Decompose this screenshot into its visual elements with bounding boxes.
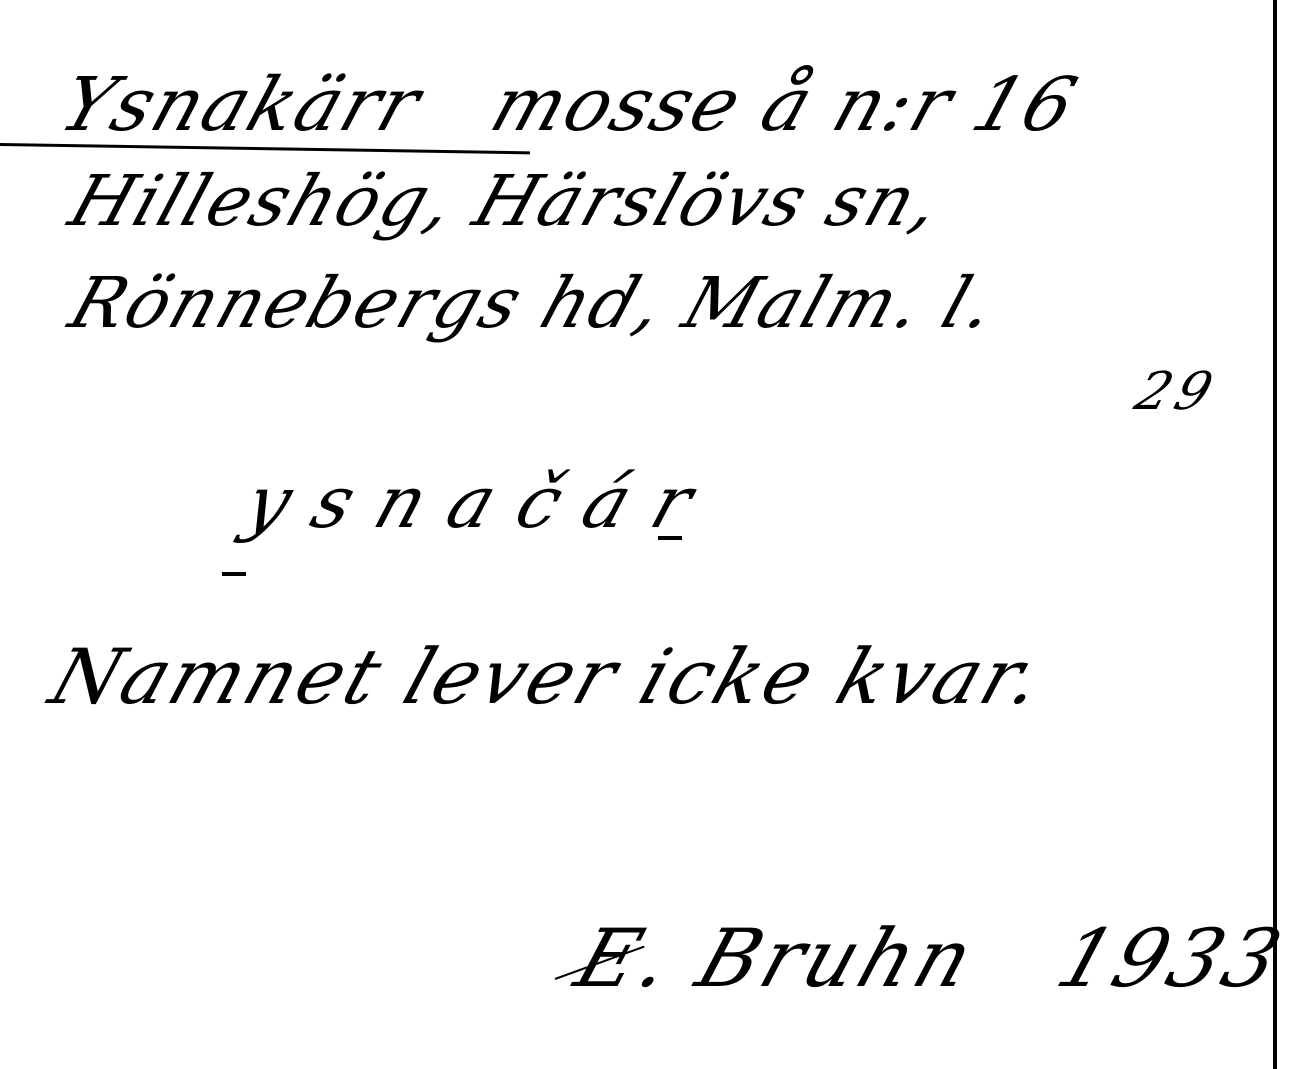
signature-year: 1933 — [1046, 912, 1293, 1005]
phonetic-underline-mark — [222, 572, 246, 576]
archive-card: Ysnakärr mosse å n:r 16 Hilleshög, Härsl… — [0, 0, 1293, 1069]
location-district-line: Rönnebergs hd, Malm. l. — [60, 262, 1007, 344]
heading-line: Ysnakärr mosse å n:r 16 — [50, 62, 1088, 148]
place-name: Ysnakärr — [50, 62, 432, 148]
phonetic-underline-mark — [658, 536, 682, 540]
heading-description: mosse å n:r 16 — [481, 62, 1088, 148]
card-edge-line — [1273, 0, 1277, 1069]
remark-line: Namnet lever icke kvar. — [40, 632, 1057, 721]
phonetic-transcription: ysnačár — [235, 460, 729, 544]
signature-name: E. Bruhn — [565, 912, 988, 1005]
card-number: 29 — [1128, 362, 1226, 422]
signature: E. Bruhn 1933 — [565, 912, 1293, 1005]
location-parish-line: Hilleshög, Härslövs sn, — [60, 160, 952, 242]
heading-rest — [430, 62, 483, 148]
